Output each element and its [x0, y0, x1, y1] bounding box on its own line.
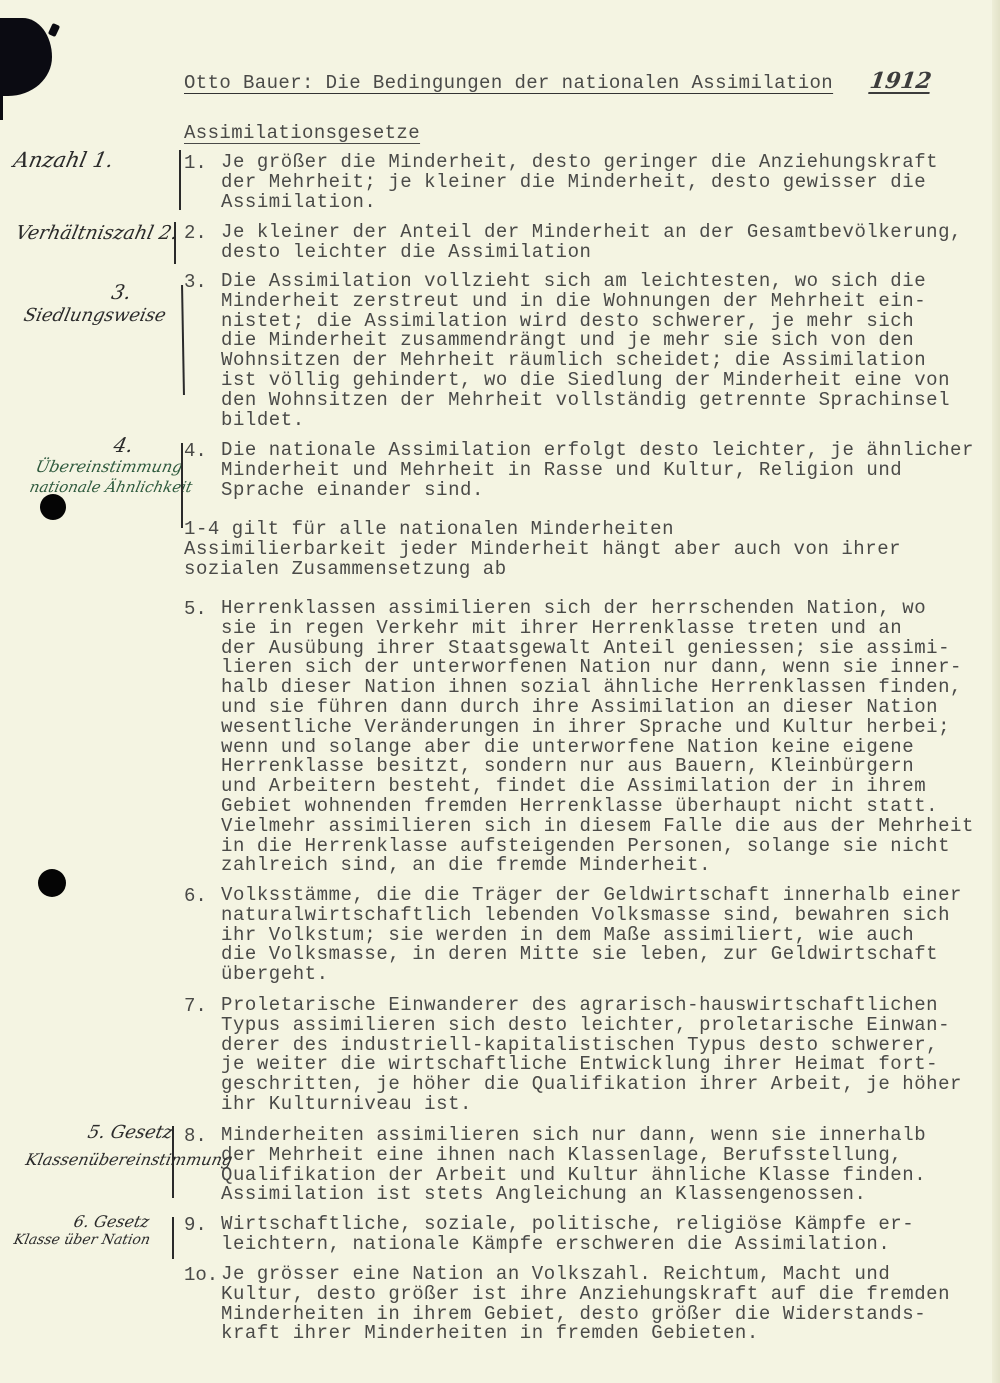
handwritten-margin-note: Klassenübereinstimmung — [24, 1150, 234, 1169]
law-text-line: ihr Kulturniveau ist. — [221, 1094, 472, 1114]
law-text-line: Die nationale Assimilation erfolgt desto… — [221, 440, 974, 460]
law-text-line: bildet. — [221, 410, 305, 430]
law-text-line: der Mehrheit; je kleiner die Minderheit,… — [221, 172, 926, 192]
interlude-line: Assimilierbarkeit jeder Minderheit hängt… — [184, 539, 901, 559]
law-number: 8. — [184, 1125, 207, 1147]
law-text-line: Volksstämme, die die Träger der Geldwirt… — [221, 885, 962, 905]
punch-hole-mark — [38, 869, 66, 897]
law-text-line: Wirtschaftliche, soziale, politische, re… — [221, 1214, 914, 1234]
interlude-line: 1-4 gilt für alle nationalen Minderheite… — [184, 519, 674, 539]
handwritten-margin-note: 3. — [109, 280, 133, 304]
law-text-line: wenn und solange aber die unterworfene N… — [221, 737, 914, 757]
law-number: 2. — [184, 222, 207, 244]
law-text-line: je weiter die wirtschaftliche Entwicklun… — [221, 1054, 938, 1074]
law-text-line: ihr Volkstum; sie werden in dem Maße ass… — [221, 925, 914, 945]
law-text-line: sie in regen Verkehr mit ihrer Herrenkla… — [221, 618, 902, 638]
law-text-line: desto leichter die Assimilation — [221, 242, 592, 262]
handwritten-margin-note: Übereinstimmung — [34, 457, 185, 476]
law-text-line: Sprache einander sind. — [221, 480, 484, 500]
law-text-line: Minderheit zerstreut und in die Wohnunge… — [221, 291, 926, 311]
law-text-line: halb dieser Nation ihnen sozial ähnliche… — [221, 677, 962, 697]
law-number: 4. — [184, 440, 207, 462]
margin-bracket — [172, 1217, 174, 1259]
law-text-line: der Ausübung ihrer Staatsgewalt Anteil g… — [221, 638, 950, 658]
punch-hole-mark — [40, 494, 66, 520]
law-text-line: Proletarische Einwanderer des agrarisch-… — [221, 995, 938, 1015]
law-text-line: Qualifikation der Arbeit und Kultur ähnl… — [221, 1165, 926, 1185]
document-title: Otto Bauer: Die Bedingungen der national… — [184, 72, 833, 94]
law-text-line: Kultur, desto größer ist ihre Anziehungs… — [221, 1284, 950, 1304]
law-text-line: der Mehrheit eine ihnen nach Klassenlage… — [221, 1145, 902, 1165]
law-number: 5. — [184, 598, 207, 620]
law-text-line: Assimilation ist stets Angleichung an Kl… — [221, 1184, 866, 1204]
margin-bracket — [181, 285, 185, 395]
law-text-line: Typus assimilieren sich desto leichter, … — [221, 1015, 950, 1035]
law-text-line: Wohnsitzen der Mehrheit räumlich scheide… — [221, 350, 926, 370]
law-text-line: naturalwirtschaftlich lebenden Volksmass… — [221, 905, 950, 925]
law-text-line: den Wohnsitzen der Mehrheit vollständig … — [221, 390, 950, 410]
law-text-line: Vielmehr assimilieren sich in diesem Fal… — [221, 816, 974, 836]
law-text-line: ist völlig gehindert, wo die Siedlung de… — [221, 370, 950, 390]
law-text-line: Minderheit und Mehrheit in Rasse und Kul… — [221, 460, 902, 480]
law-text-line: geschritten, je höher die Qualifikation … — [221, 1074, 962, 1094]
law-text-line: Je kleiner der Anteil der Minderheit an … — [221, 222, 962, 242]
law-text-line: Gebiet wohnenden fremden Herrenklasse üb… — [221, 796, 938, 816]
law-text-line: Die Assimilation vollzieht sich am leich… — [221, 271, 926, 291]
interlude-line: sozialen Zusammensetzung ab — [184, 559, 507, 579]
page-edge-shadow — [992, 0, 1000, 1383]
law-text-line: und Arbeitern besteht, findet die Assimi… — [221, 776, 926, 796]
margin-bracket — [181, 443, 183, 528]
law-text-line: in die Herrenklasse aufsteigenden Person… — [221, 836, 950, 856]
margin-bracket — [174, 222, 176, 264]
law-number: 1o. — [184, 1264, 218, 1286]
law-text-line: zahlreich sind, an die fremde Minderheit… — [221, 855, 711, 875]
ink-blot-stem — [0, 96, 3, 120]
law-number: 6. — [184, 885, 207, 907]
law-text-line: nistet; die Assimilation wird desto schw… — [221, 311, 914, 331]
law-number: 9. — [184, 1214, 207, 1236]
law-text-line: lieren sich der unterworfenen Nation nur… — [221, 657, 962, 677]
law-text-line: die Minderheit zusammendrängt und je meh… — [221, 330, 914, 350]
law-number: 7. — [184, 995, 207, 1017]
handwritten-margin-note: 6. Gesetz — [72, 1212, 151, 1231]
ink-blot — [0, 18, 52, 96]
law-text-line: kraft ihrer Minderheiten in fremden Gebi… — [221, 1323, 759, 1343]
law-text-line: Minderheiten in ihrem Gebiet, desto größ… — [221, 1304, 926, 1324]
handwritten-margin-note: Siedlungsweise — [22, 305, 168, 326]
handwritten-margin-note: Verhältniszahl 2. — [14, 222, 180, 244]
handwritten-margin-note: 4. — [111, 433, 135, 457]
handwritten-margin-note: Anzahl 1. — [11, 148, 115, 172]
law-text-line: Minderheiten assimilieren sich nur dann,… — [221, 1125, 926, 1145]
law-text-line: Assimilation. — [221, 192, 376, 212]
law-number: 1. — [184, 152, 207, 174]
law-text-line: Herrenklassen assimilieren sich der herr… — [221, 598, 926, 618]
law-text-line: übergeht. — [221, 964, 329, 984]
margin-bracket — [179, 150, 181, 210]
law-text-line: Je grösser eine Nation an Volkszahl. Rei… — [221, 1264, 890, 1284]
section-heading: Assimilationsgesetze — [184, 122, 420, 144]
law-text-line: Herrenklasse besitzt, sondern nur aus Ba… — [221, 756, 914, 776]
handwritten-margin-note: 5. Gesetz — [86, 1122, 175, 1143]
margin-bracket — [172, 1126, 174, 1198]
law-text-line: die Volksmasse, in deren Mitte sie leben… — [221, 944, 938, 964]
law-text-line: Je größer die Minderheit, desto geringer… — [221, 152, 938, 172]
law-number: 3. — [184, 271, 207, 293]
handwritten-margin-note: nationale Ähnlichkeit — [28, 478, 194, 496]
law-text-line: leichtern, nationale Kämpfe erschweren d… — [221, 1234, 890, 1254]
law-text-line: wesentliche Veränderungen in ihrer Sprac… — [221, 717, 950, 737]
law-text-line: und sie führen dann durch ihre Assimilat… — [221, 697, 938, 717]
law-text-line: derer des industriell-kapitalistischen T… — [221, 1035, 938, 1055]
handwritten-margin-note: Klasse über Nation — [12, 1232, 151, 1248]
year-annotation: 1912 — [868, 68, 933, 94]
